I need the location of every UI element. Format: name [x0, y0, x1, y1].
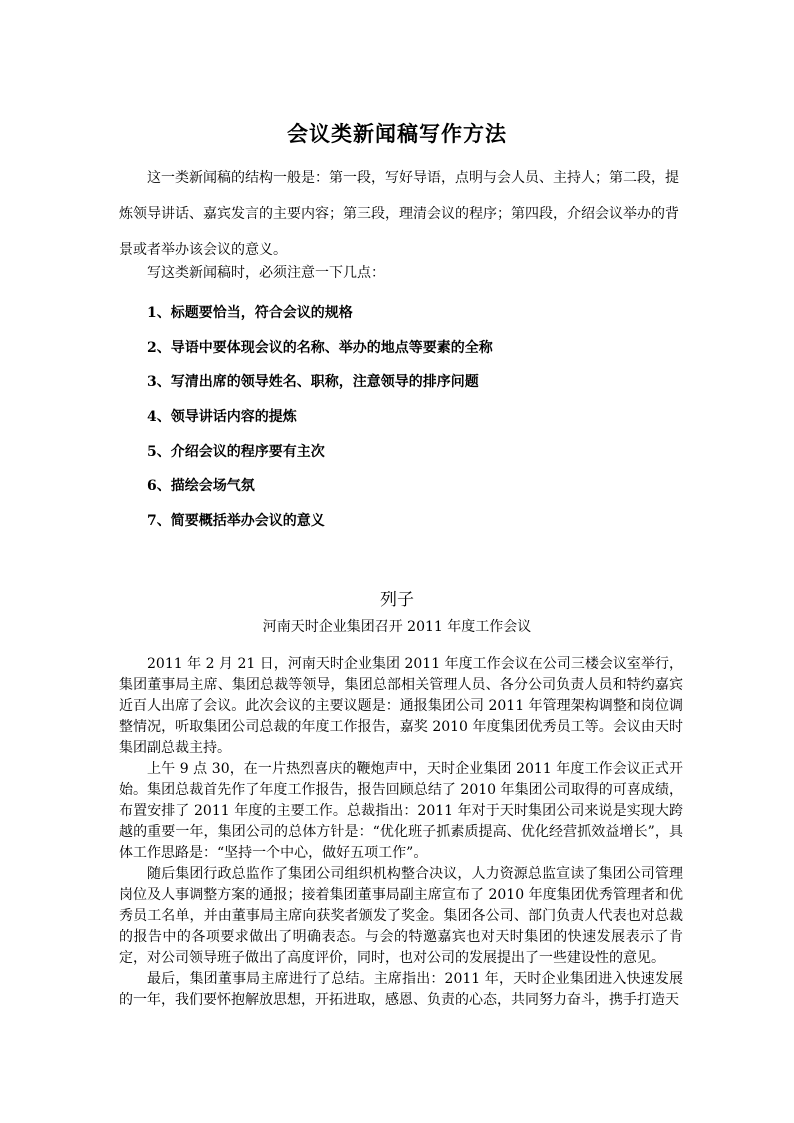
point-item: 5、介绍会议的程序要有主次: [147, 439, 493, 474]
article-paragraph: 上午 9 点 30，在一片热烈喜庆的鞭炮声中，天时企业集团 2011 年度工作会…: [119, 759, 683, 864]
document-page: 会议类新闻稿写作方法 这一类新闻稿的结构一般是：第一段，写好导语，点明与会人员、…: [0, 0, 794, 1123]
document-title: 会议类新闻稿写作方法: [0, 118, 794, 148]
point-item: 3、写清出席的领导姓名、职称，注意领导的排序问题: [147, 369, 493, 404]
intro-section: 这一类新闻稿的结构一般是：第一段，写好导语，点明与会人员、主持人；第二段，提炼领…: [119, 160, 679, 268]
example-heading: 列子: [0, 585, 794, 610]
example-article: 2011 年 2 月 21 日，河南天时企业集团 2011 年度工作会议在公司三…: [119, 654, 683, 1011]
points-list: 1、标题要恰当，符合会议的规格 2、导语中要体现会议的名称、举办的地点等要素的全…: [147, 300, 493, 543]
point-item: 6、描绘会场气氛: [147, 473, 493, 508]
point-item: 1、标题要恰当，符合会议的规格: [147, 300, 493, 335]
article-paragraph: 随后集团行政总监作了集团公司组织机构整合决议，人力资源总监宣读了集团公司管理岗位…: [119, 864, 683, 969]
note-line: 写这类新闻稿时，必须注意一下几点：: [147, 262, 385, 282]
point-item: 2、导语中要体现会议的名称、举办的地点等要素的全称: [147, 335, 493, 370]
point-item: 4、领导讲话内容的提炼: [147, 404, 493, 439]
example-subtitle: 河南天时企业集团召开 2011 年度工作会议: [0, 616, 794, 636]
article-paragraph: 2011 年 2 月 21 日，河南天时企业集团 2011 年度工作会议在公司三…: [119, 654, 683, 759]
point-item: 7、简要概括举办会议的意义: [147, 508, 493, 543]
article-paragraph: 最后，集团董事局主席进行了总结。主席指出：2011 年，天时企业集团进入快速发展…: [119, 969, 683, 1011]
intro-paragraph: 这一类新闻稿的结构一般是：第一段，写好导语，点明与会人员、主持人；第二段，提炼领…: [119, 160, 679, 268]
